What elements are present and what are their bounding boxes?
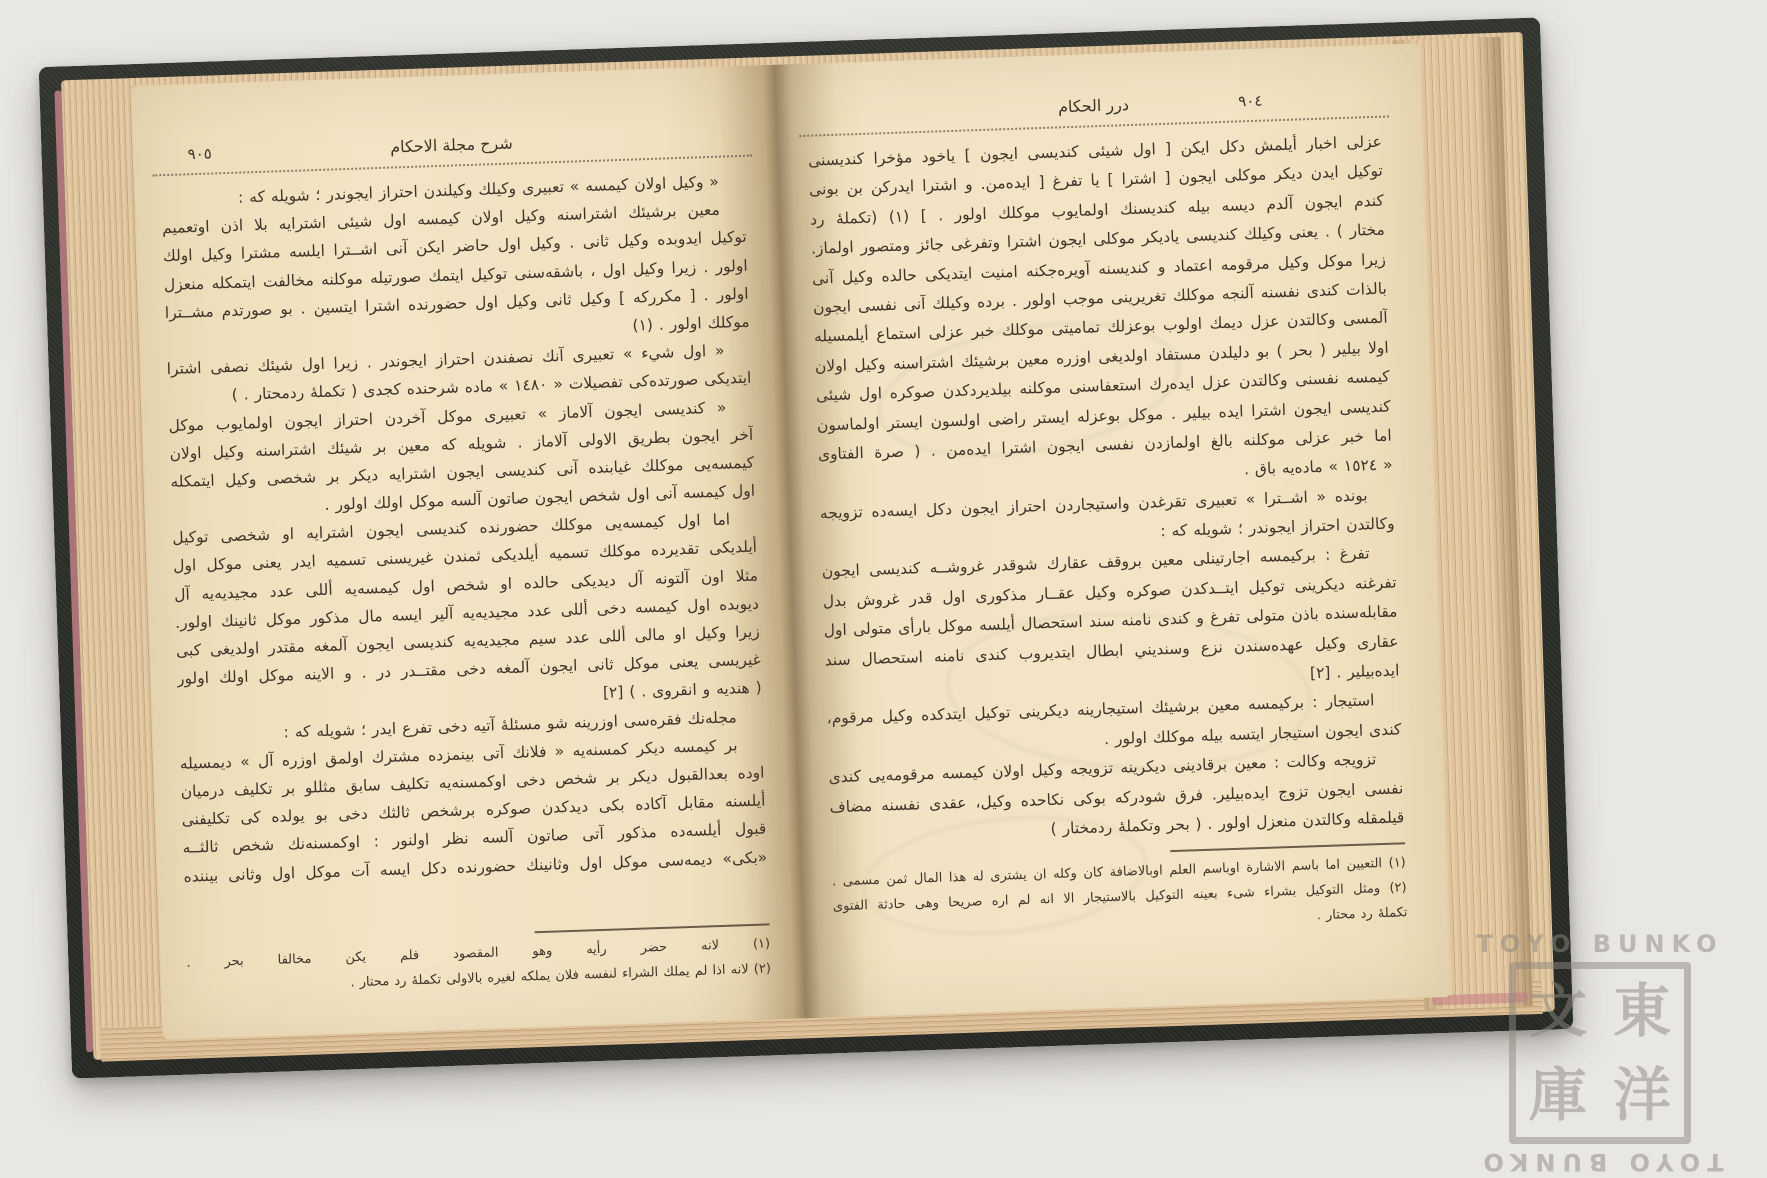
page-spread: ٩٠٥ شرح مجلة الاحكام « وكيل اولان كيمسه … (131, 43, 1450, 1039)
left-page-footnotes: (١) لانه حضر رأيه وهو المقصود فلم يكن مخ… (186, 931, 771, 1000)
right-page: ٩٠٤ درر الحكام عزلى اخبار أيلمش دكل ايكن… (775, 43, 1450, 1018)
seal-char: 洋 (1600, 1053, 1684, 1137)
seal-char: 東 (1600, 969, 1684, 1053)
seal-char: 庫 (1516, 1053, 1600, 1137)
right-page-text-column: ٩٠٤ درر الحكام عزلى اخبار أيلمش دكل ايكن… (806, 79, 1408, 945)
open-book: ٩٠٥ شرح مجلة الاحكام « وكيل اولان كيمسه … (39, 17, 1574, 1078)
left-page-body: « وكيل اولان كيمسه » تعبيرى وكيلك وكيلند… (161, 167, 768, 891)
photo-scene: ٩٠٥ شرح مجلة الاحكام « وكيل اولان كيمسه … (0, 0, 1767, 1178)
left-page: ٩٠٥ شرح مجلة الاحكام « وكيل اولان كيمسه … (131, 65, 806, 1040)
right-page-body: عزلى اخبار أيلمش دكل ايكن [ اول شيئى كند… (808, 128, 1405, 852)
watermark-text-bottom: TOYO BUNKO (1455, 1148, 1745, 1176)
right-page-footnotes: (١) التعيين اما باسم الاشارة اوباسم العل… (832, 851, 1408, 945)
left-page-text-column: ٩٠٥ شرح مجلة الاحكام « وكيل اولان كيمسه … (159, 118, 771, 1001)
